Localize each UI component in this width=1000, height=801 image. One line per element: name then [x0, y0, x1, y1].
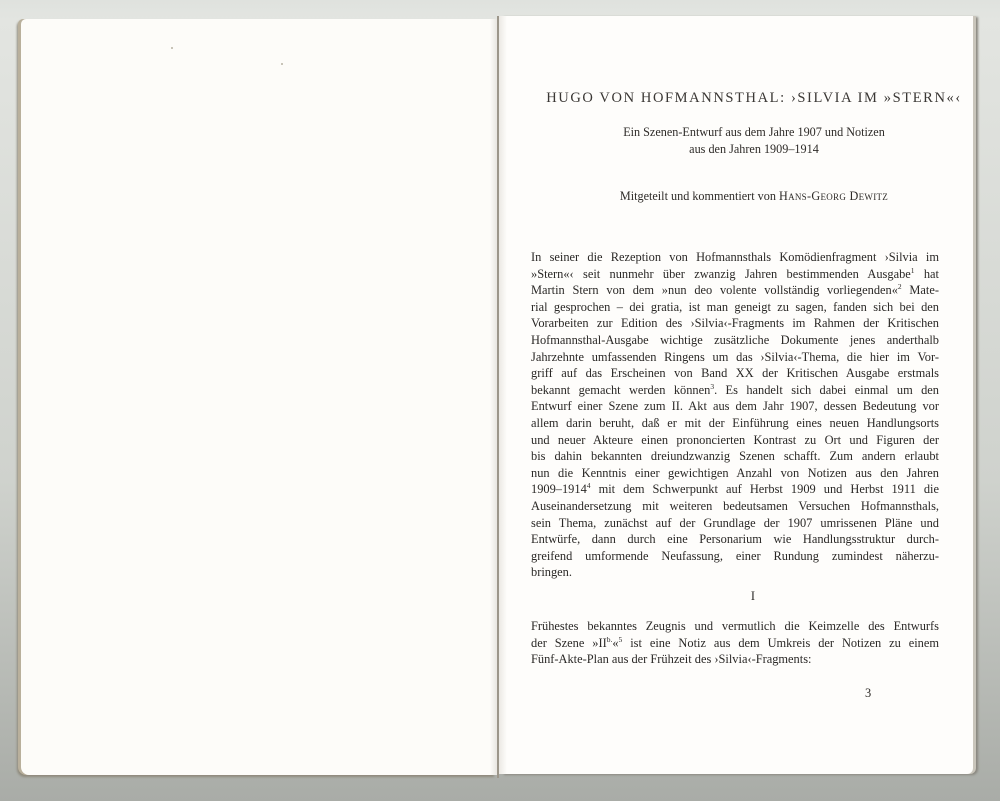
byline: Mitgeteilt und kommentiert von Hans-Geor… — [499, 189, 973, 204]
text-line: bis dahin bekannten dreiundzwanzig Szene… — [531, 448, 939, 465]
page-number: 3 — [865, 686, 871, 701]
subtitle-line: Ein Szenen-Entwurf aus dem Jahre 1907 un… — [535, 124, 973, 141]
paragraph-section-1: Frühestes bekanntes Zeugnis und vermutli… — [531, 618, 939, 668]
text-line: greifend umformende Neufassung, einer Ru… — [531, 548, 939, 565]
text-line: Jahrzehnte umfassenden Ringens um das ›S… — [531, 349, 939, 366]
paper-speck — [281, 63, 283, 65]
text-line: Entwurf einer Szene zum II. Akt aus dem … — [531, 398, 939, 415]
right-page: HUGO VON HOFMANNSTHAL: ›SILVIA IM »STERN… — [499, 16, 973, 774]
text-line: griff auf das Erscheinen von Band XX der… — [531, 365, 939, 382]
byline-prefix: Mitgeteilt und kommentiert von — [620, 189, 779, 203]
text-line: 1909–19144 mit dem Schwerpunkt auf Herbs… — [531, 481, 939, 498]
paper-speck — [171, 47, 173, 49]
byline-author: Hans-Georg Dewitz — [779, 189, 888, 203]
text-line: Hofmannsthal-Ausgabe wichtige zusätzlich… — [531, 332, 939, 349]
text-line: Auseinandersetzung mit weiteren bedeutsa… — [531, 498, 939, 515]
subtitle-line: aus den Jahren 1909–1914 — [535, 141, 973, 158]
text-line: Frühestes bekanntes Zeugnis und vermutli… — [531, 618, 939, 635]
article-subtitle: Ein Szenen-Entwurf aus dem Jahre 1907 un… — [499, 124, 973, 158]
paragraph-intro: In seiner die Rezeption von Hofmannsthal… — [531, 249, 939, 581]
text-line: bekannt gemacht werden können3. Es hande… — [531, 382, 939, 399]
text-line: Martin Stern von dem »nun deo volente vo… — [531, 282, 939, 299]
footnote-marker: 2 — [898, 282, 902, 291]
book-spread: HUGO VON HOFMANNSTHAL: ›SILVIA IM »STERN… — [0, 0, 1000, 801]
text-line: der Szene »IIb.«5 ist eine Notiz aus dem… — [531, 635, 939, 652]
section-number: I — [499, 589, 973, 604]
text-line: bringen. — [531, 564, 939, 581]
left-page-blank — [21, 19, 498, 775]
text-line: Entwürfe, dann durch eine Personarium wi… — [531, 531, 939, 548]
footnote-marker: 5 — [619, 635, 623, 644]
footnote-marker: b. — [607, 635, 613, 644]
text-line: Fünf-Akte-Plan aus der Frühzeit des ›Sil… — [531, 651, 939, 668]
article-title: HUGO VON HOFMANNSTHAL: ›SILVIA IM »STERN… — [499, 90, 973, 107]
footnote-marker: 4 — [587, 481, 591, 490]
text-line: Vorarbeiten zur Edition des ›Silvia‹-Fra… — [531, 315, 939, 332]
text-line: nun die Kenntnis einer gewichtigen Anzah… — [531, 465, 939, 482]
text-line: und neuer Akteure einen prononcierten Ko… — [531, 432, 939, 449]
text-line: rial gesprochen – dei gratia, ist man ge… — [531, 299, 939, 316]
footnote-marker: 1 — [911, 266, 915, 275]
footnote-marker: 3 — [710, 382, 714, 391]
text-line: sein Thema, zunächst auf der Grundlage d… — [531, 515, 939, 532]
text-line: In seiner die Rezeption von Hofmannsthal… — [531, 249, 939, 266]
text-line: allem darin beruht, daß er mit der Einfü… — [531, 415, 939, 432]
text-line: »Stern«‹ seit nunmehr über zwanzig Jahre… — [531, 266, 939, 283]
